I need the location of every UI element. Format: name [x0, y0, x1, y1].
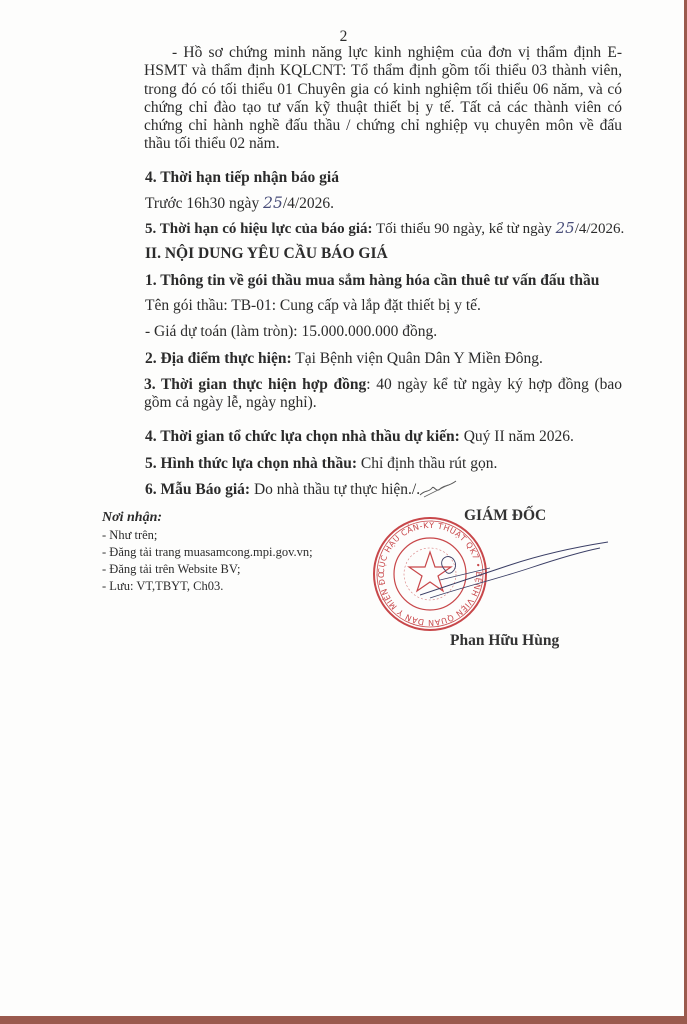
item2-location: 2. Địa điểm thực hiện: Tại Bệnh viện Quâ…: [145, 350, 543, 368]
item4-value: Quý II năm 2026.: [460, 428, 574, 445]
section4-heading: 4. Thời hạn tiếp nhận báo giá: [145, 169, 339, 187]
recipient-item: - Đăng tải trên Website BV;: [102, 561, 313, 578]
recipients-title: Nơi nhận:: [102, 509, 313, 526]
section5-label: 5. Thời hạn có hiệu lực của báo giá:: [145, 221, 372, 237]
item5-label: 5. Hình thức lựa chọn nhà thầu:: [145, 455, 357, 472]
part2-heading: II. NỘI DUNG YÊU CẦU BÁO GIÁ: [145, 245, 388, 263]
handwritten-signature-icon: [420, 540, 610, 600]
recipient-item: - Như trên;: [102, 527, 313, 544]
item6-value: Do nhà thầu tự thực hiện./.: [250, 481, 420, 498]
section4-text-suffix: /4/2026.: [283, 195, 334, 212]
section4-text-prefix: Trước 16h30 ngày: [145, 195, 263, 212]
recipients-block: Nơi nhận: - Như trên; - Đăng tải trang m…: [102, 509, 313, 595]
section5-text-prefix: Tối thiểu 90 ngày, kể từ ngày: [372, 221, 555, 237]
item3-label: 3. Thời gian thực hiện hợp đồng: [144, 376, 366, 393]
recipient-item: - Đăng tải trang muasamcong.mpi.gov.vn;: [102, 544, 313, 561]
estimated-price: - Giá dự toán (làm tròn): 15.000.000.000…: [145, 323, 437, 341]
item3-duration: 3. Thời gian thực hiện hợp đồng: 40 ngày…: [144, 376, 622, 413]
section5-text-suffix: /4/2026.: [575, 221, 625, 237]
item4-timing: 4. Thời gian tổ chức lựa chọn nhà thầu d…: [145, 428, 574, 446]
recipient-item: - Lưu: VT,TBYT, Ch03.: [102, 578, 313, 595]
intro-paragraph: - Hồ sơ chứng minh năng lực kinh nghiệm …: [144, 44, 622, 154]
item5-method: 5. Hình thức lựa chọn nhà thầu: Chỉ định…: [145, 455, 497, 473]
item6-template: 6. Mẫu Báo giá: Do nhà thầu tự thực hiện…: [145, 481, 420, 499]
scan-edge-bottom: [0, 1016, 687, 1024]
handwritten-day: 25: [263, 194, 283, 212]
item1-heading: 1. Thông tin về gói thầu mua sắm hàng hó…: [145, 272, 599, 290]
item6-label: 6. Mẫu Báo giá:: [145, 481, 250, 498]
handwritten-day: 25: [556, 219, 575, 237]
signatory-name: Phan Hữu Hùng: [450, 632, 559, 650]
initials-signature-icon: [418, 479, 458, 499]
package-name: Tên gói thầu: TB-01: Cung cấp và lắp đặt…: [145, 297, 481, 315]
item2-label: 2. Địa điểm thực hiện:: [145, 350, 292, 367]
item4-label: 4. Thời gian tổ chức lựa chọn nhà thầu d…: [145, 428, 460, 445]
section5-validity: 5. Thời hạn có hiệu lực của báo giá: Tối…: [145, 219, 624, 238]
item2-value: Tại Bệnh viện Quân Dân Y Miền Đông.: [292, 350, 543, 367]
item5-value: Chỉ định thầu rút gọn.: [357, 455, 497, 472]
section4-deadline: Trước 16h30 ngày 25/4/2026.: [145, 194, 334, 213]
